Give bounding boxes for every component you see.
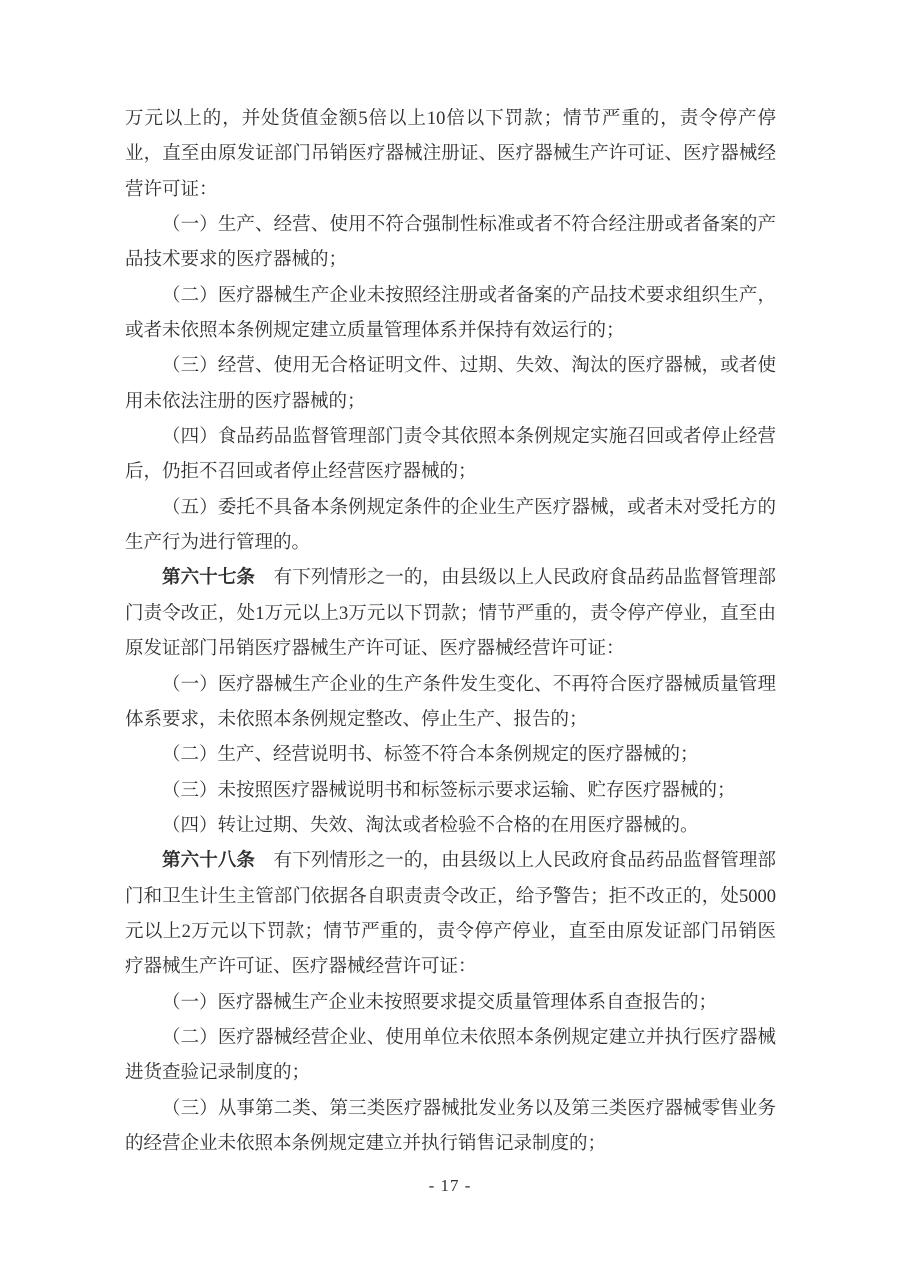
paragraph-text: （一）医疗器械生产企业的生产条件发生变化、不再符合医疗器械质量管理体系要求，未依… bbox=[125, 675, 776, 730]
paragraph-text: （三）经营、使用无合格证明文件、过期、失效、淘汰的医疗器械，或者使用未依法注册的… bbox=[125, 356, 776, 411]
paragraph-text: （四）食品药品监督管理部门责令其依照本条例规定实施召回或者停止经营后，仍拒不召回… bbox=[125, 427, 776, 482]
paragraph-text: （四）转让过期、失效、淘汰或者检验不合格的在用医疗器械的。 bbox=[162, 816, 699, 836]
article-number: 第六十八条 bbox=[162, 851, 274, 871]
paragraph: （三）经营、使用无合格证明文件、过期、失效、淘汰的医疗器械，或者使用未依法注册的… bbox=[125, 349, 776, 420]
paragraph-text: （一）医疗器械生产企业未按照要求提交质量管理体系自查报告的； bbox=[162, 993, 717, 1013]
page-footer: - 17 - bbox=[0, 1176, 900, 1196]
paragraph-text: （二）医疗器械生产企业未按照经注册或者备案的产品技术要求组织生产，或者未依照本条… bbox=[125, 286, 776, 341]
paragraph-text: （五）委托不具备本条例规定条件的企业生产医疗器械，或者未对受托方的生产行为进行管… bbox=[125, 498, 776, 553]
paragraph: （五）委托不具备本条例规定条件的企业生产医疗器械，或者未对受托方的生产行为进行管… bbox=[125, 491, 776, 562]
article-paragraph: 第六十八条 有下列情形之一的，由县级以上人民政府食品药品监督管理部门和卫生计生主… bbox=[125, 844, 776, 985]
paragraph: （四）转让过期、失效、淘汰或者检验不合格的在用医疗器械的。 bbox=[125, 809, 776, 844]
paragraph-text: （一）生产、经营、使用不符合强制性标准或者不符合经注册或者备案的产品技术要求的医… bbox=[125, 215, 776, 270]
paragraph: （二）生产、经营说明书、标签不符合本条例规定的医疗器械的； bbox=[125, 738, 776, 773]
paragraph: （三）从事第二类、第三类医疗器械批发业务以及第三类医疗器械零售业务的经营企业未依… bbox=[125, 1092, 776, 1163]
article-number: 第六十七条 bbox=[162, 568, 274, 588]
page-number: - 17 - bbox=[429, 1176, 472, 1195]
paragraph-text: （三）从事第二类、第三类医疗器械批发业务以及第三类医疗器械零售业务的经营企业未依… bbox=[125, 1099, 776, 1154]
paragraph-text: （三）未按照医疗器械说明书和标签标示要求运输、贮存医疗器械的； bbox=[162, 781, 736, 801]
paragraph: （一）医疗器械生产企业未按照要求提交质量管理体系自查报告的； bbox=[125, 986, 776, 1021]
paragraph-text: （二）生产、经营说明书、标签不符合本条例规定的医疗器械的； bbox=[162, 745, 699, 765]
paragraph: 万元以上的，并处货值金额5倍以上10倍以下罚款；情节严重的，责令停产停业，直至由… bbox=[125, 102, 776, 208]
paragraph: （二）医疗器械经营企业、使用单位未依照本条例规定建立并执行医疗器械进货查验记录制… bbox=[125, 1021, 776, 1092]
document-body: 万元以上的，并处货值金额5倍以上10倍以下罚款；情节严重的，责令停产停业，直至由… bbox=[125, 102, 776, 1162]
document-page: 万元以上的，并处货值金额5倍以上10倍以下罚款；情节严重的，责令停产停业，直至由… bbox=[0, 0, 900, 1273]
paragraph: （一）生产、经营、使用不符合强制性标准或者不符合经注册或者备案的产品技术要求的医… bbox=[125, 208, 776, 279]
paragraph-text: （二）医疗器械经营企业、使用单位未依照本条例规定建立并执行医疗器械进货查验记录制… bbox=[125, 1028, 776, 1083]
paragraph: （三）未按照医疗器械说明书和标签标示要求运输、贮存医疗器械的； bbox=[125, 774, 776, 809]
paragraph: （四）食品药品监督管理部门责令其依照本条例规定实施召回或者停止经营后，仍拒不召回… bbox=[125, 420, 776, 491]
paragraph: （二）医疗器械生产企业未按照经注册或者备案的产品技术要求组织生产，或者未依照本条… bbox=[125, 279, 776, 350]
paragraph: （一）医疗器械生产企业的生产条件发生变化、不再符合医疗器械质量管理体系要求，未依… bbox=[125, 668, 776, 739]
paragraph-text: 万元以上的，并处货值金额5倍以上10倍以下罚款；情节严重的，责令停产停业，直至由… bbox=[125, 109, 776, 200]
article-paragraph: 第六十七条 有下列情形之一的，由县级以上人民政府食品药品监督管理部门责令改正，处… bbox=[125, 561, 776, 667]
